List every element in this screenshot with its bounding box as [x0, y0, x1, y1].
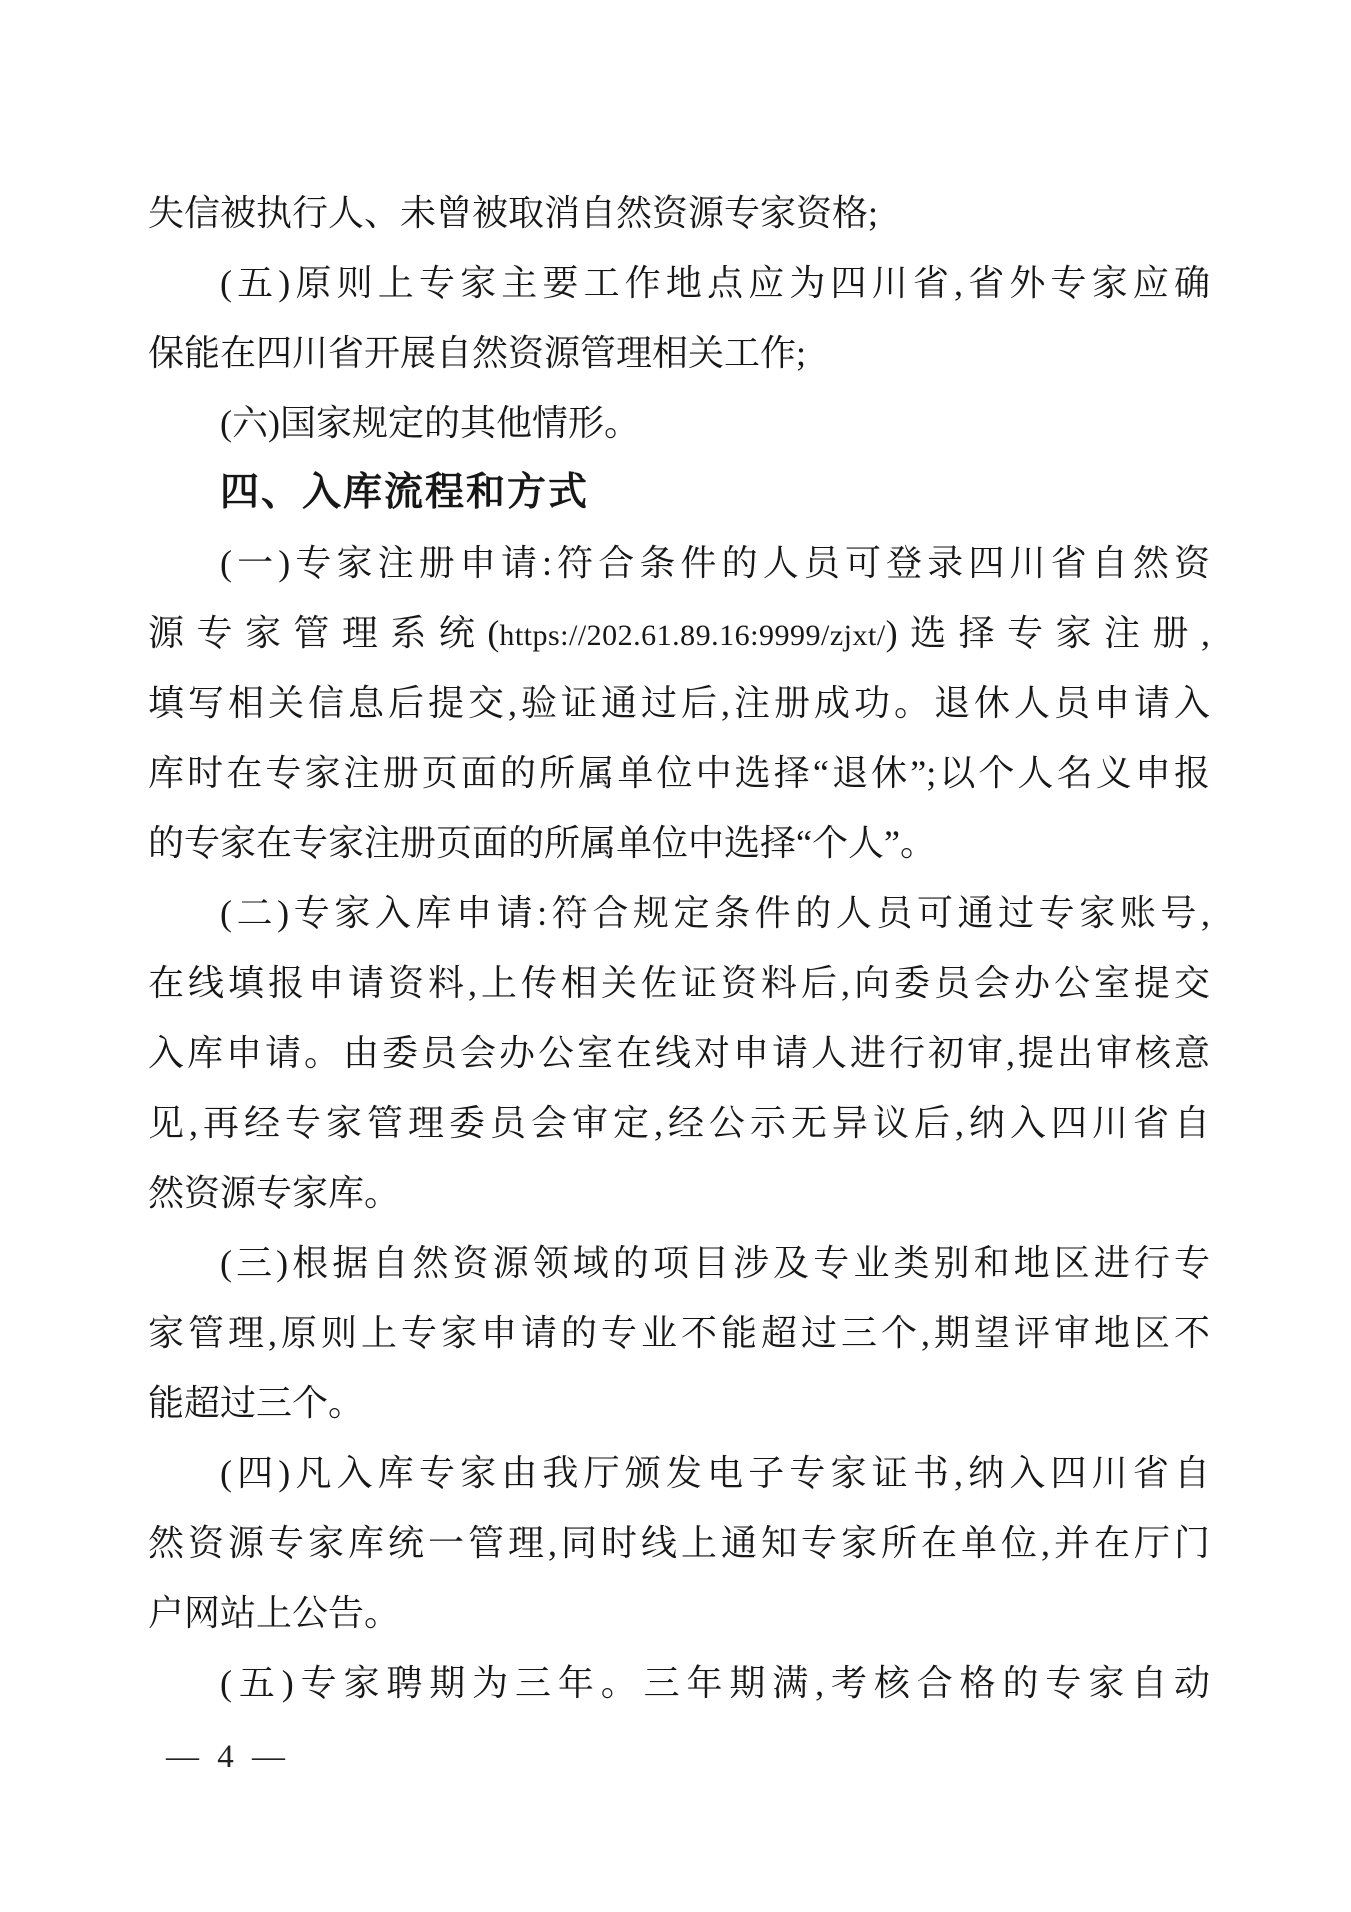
- doc-line: 然资源专家库统一管理,同时线上通知专家所在单位,并在厅门: [148, 1508, 1210, 1578]
- doc-line: 户网站上公告。: [148, 1578, 1210, 1648]
- doc-line: (一)专家注册申请:符合条件的人员可登录四川省自然资: [148, 528, 1210, 598]
- doc-line: 库时在专家注册页面的所属单位中选择“退休”;以个人名义申报: [148, 738, 1210, 808]
- document-page: 失信被执行人、未曾被取消自然资源专家资格; (五)原则上专家主要工作地点应为四川…: [0, 0, 1351, 1912]
- doc-line: 保能在四川省开展自然资源管理相关工作;: [148, 318, 1210, 388]
- doc-line: (二)专家入库申请:符合规定条件的人员可通过专家账号,: [148, 878, 1210, 948]
- doc-line: 失信被执行人、未曾被取消自然资源专家资格;: [148, 178, 1210, 248]
- section-heading: 四、入库流程和方式: [148, 458, 1210, 528]
- doc-line: (五)专家聘期为三年。三年期满,考核合格的专家自动: [148, 1648, 1210, 1718]
- doc-line: 然资源专家库。: [148, 1158, 1210, 1228]
- url-suffix-text: )选择专家注册,: [886, 613, 1210, 653]
- doc-line: 填写相关信息后提交,验证通过后,注册成功。退休人员申请入: [148, 668, 1210, 738]
- doc-line: 的专家在专家注册页面的所属单位中选择“个人”。: [148, 808, 1210, 878]
- doc-line-with-url: 源专家管理系统(https://202.61.89.16:9999/zjxt/)…: [148, 598, 1210, 668]
- doc-line: 在线填报申请资料,上传相关佐证资料后,向委员会办公室提交: [148, 948, 1210, 1018]
- doc-line: (五)原则上专家主要工作地点应为四川省,省外专家应确: [148, 248, 1210, 318]
- doc-line: (四)凡入库专家由我厅颁发电子专家证书,纳入四川省自: [148, 1438, 1210, 1508]
- doc-line: 家管理,原则上专家申请的专业不能超过三个,期望评审地区不: [148, 1298, 1210, 1368]
- doc-line: (六)国家规定的其他情形。: [148, 388, 1210, 458]
- doc-line: 见,再经专家管理委员会审定,经公示无异议后,纳入四川省自: [148, 1088, 1210, 1158]
- doc-line: (三)根据自然资源领域的项目涉及专业类别和地区进行专: [148, 1228, 1210, 1298]
- doc-line: 入库申请。由委员会办公室在线对申请人进行初审,提出审核意: [148, 1018, 1210, 1088]
- system-url: https://202.61.89.16:9999/zjxt/: [499, 619, 885, 652]
- page-number: — 4 —: [166, 1722, 290, 1792]
- url-prefix-text: 源专家管理系统(: [148, 613, 499, 653]
- doc-line: 能超过三个。: [148, 1368, 1210, 1438]
- document-body: 失信被执行人、未曾被取消自然资源专家资格; (五)原则上专家主要工作地点应为四川…: [148, 178, 1210, 1718]
